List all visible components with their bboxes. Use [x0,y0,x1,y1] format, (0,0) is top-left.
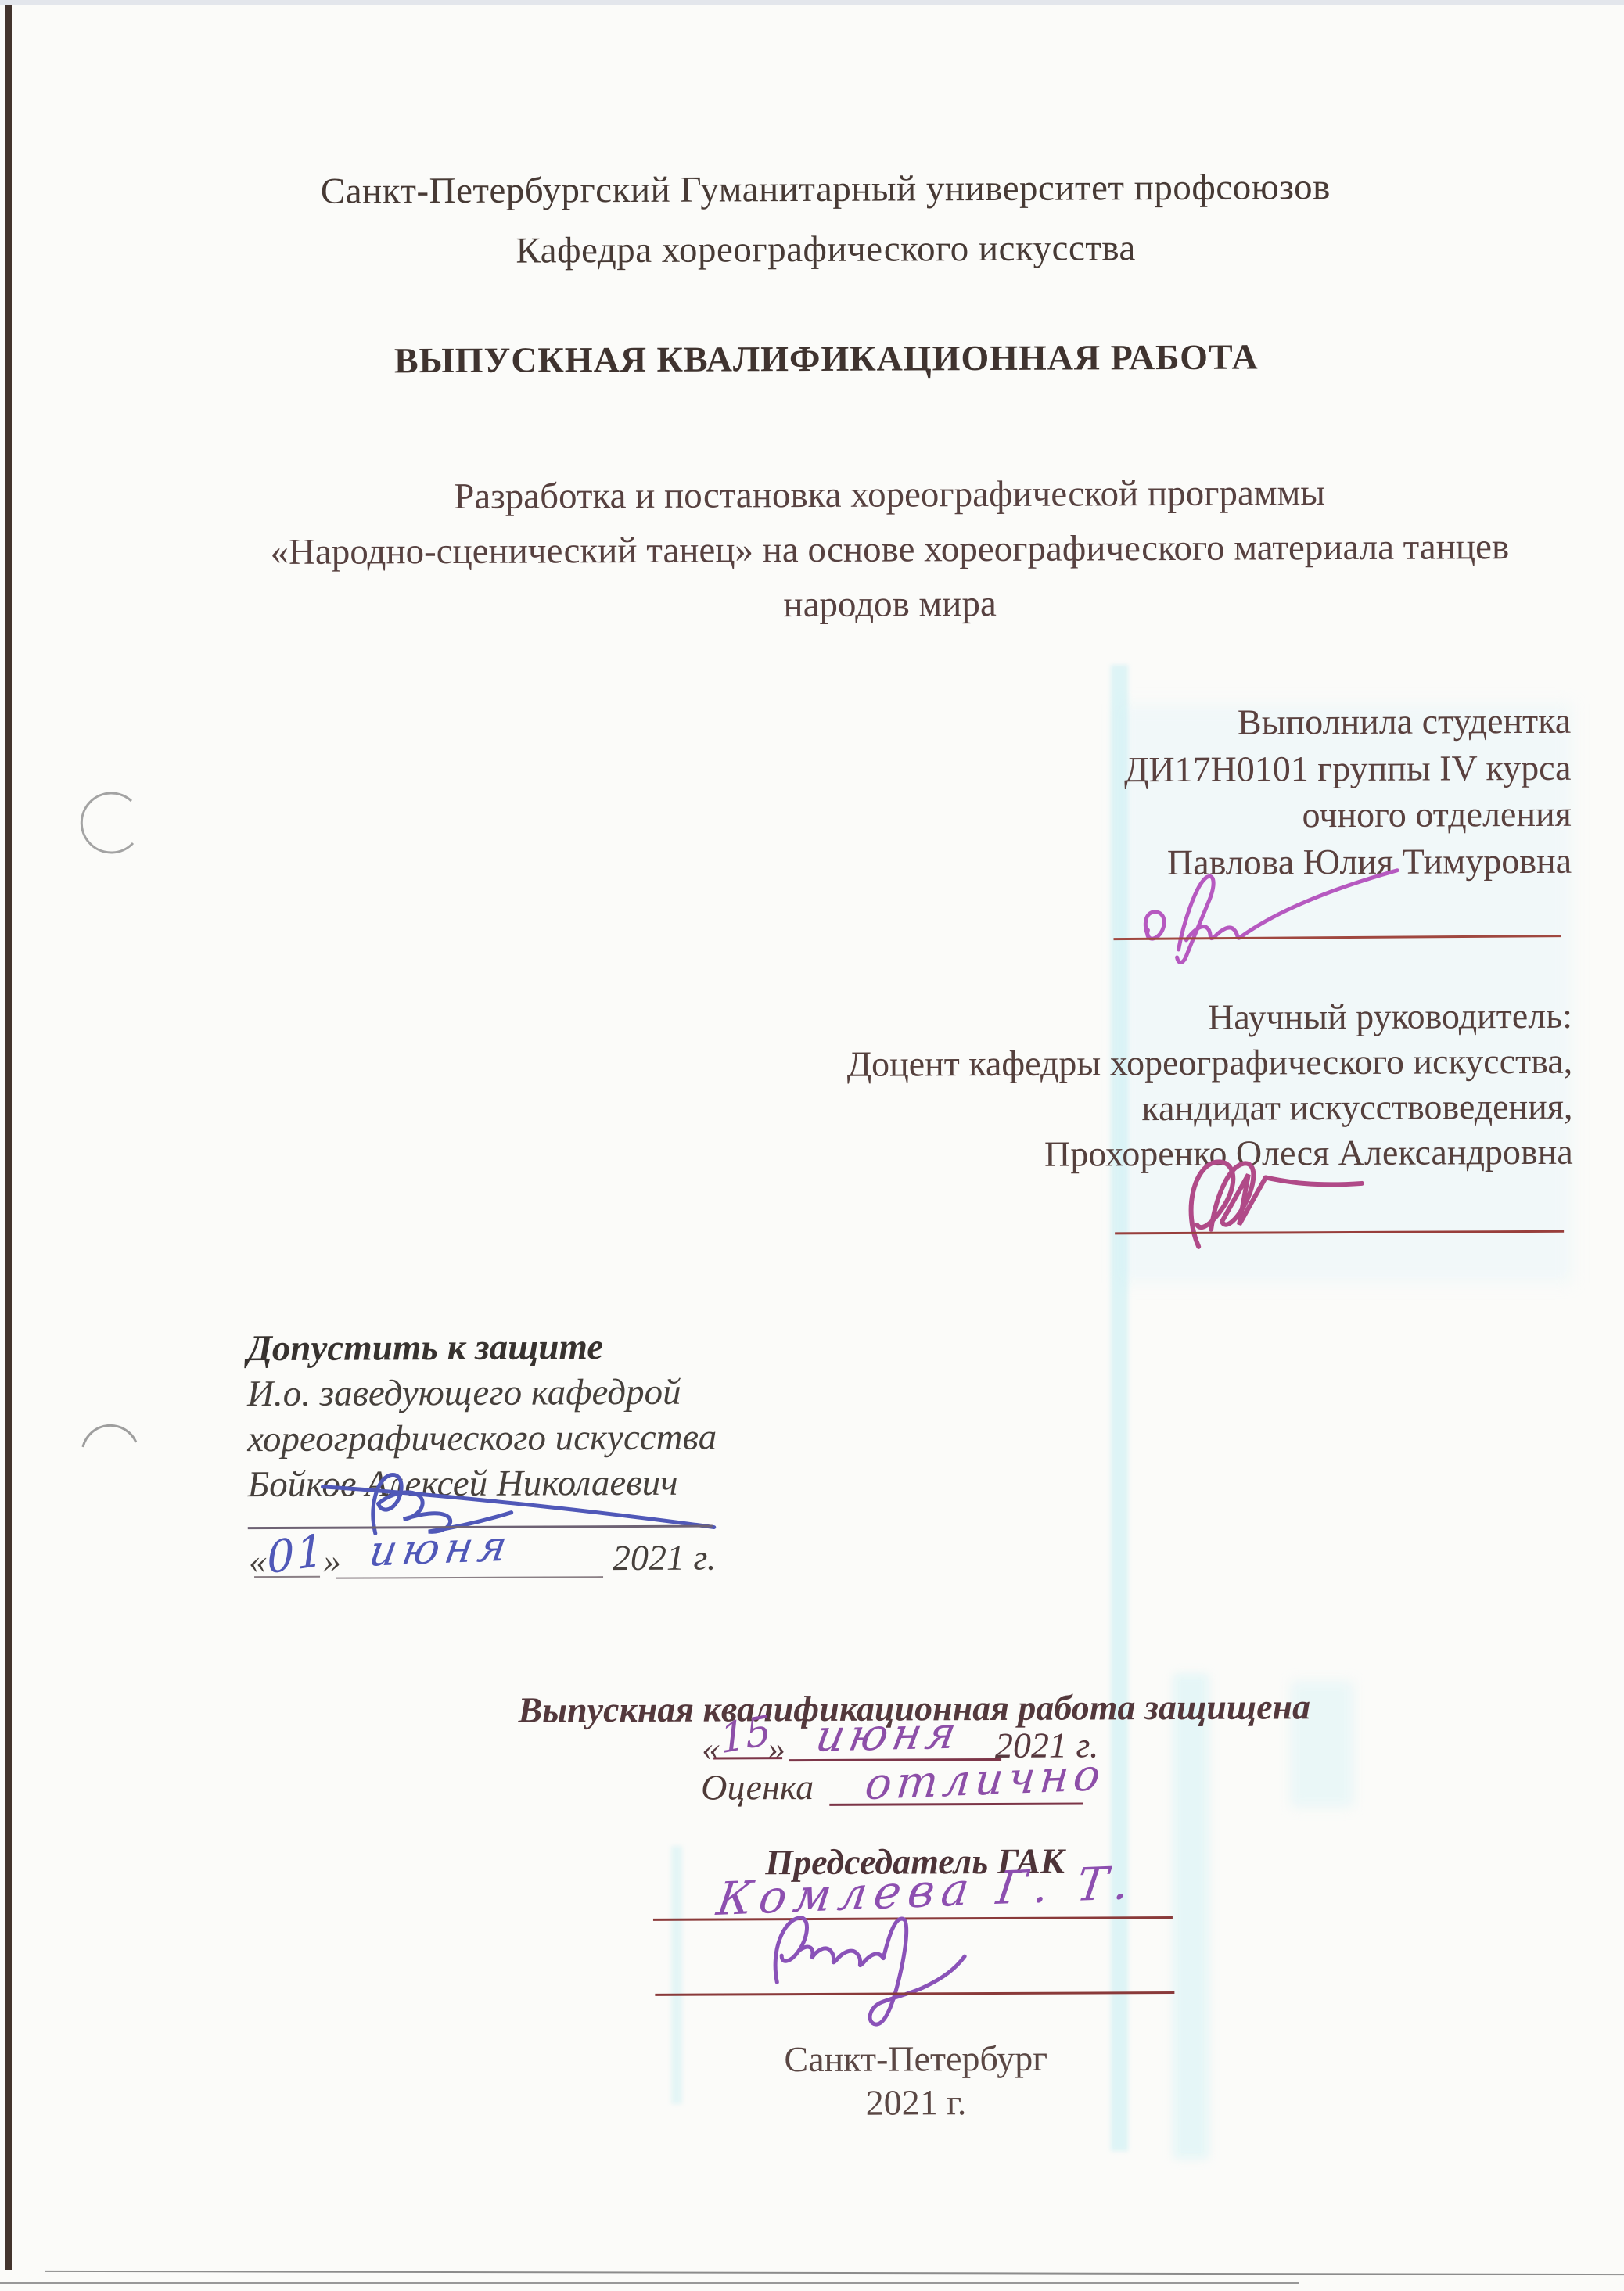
advisor-degree: кандидат искусствоведения, [712,1084,1572,1133]
acting-head-line-1: И.о. заведующего кафедрой [247,1368,951,1417]
footer-year: 2021 г. [318,2079,1514,2126]
defense-date-close-quote: » [767,1727,785,1769]
advisor-heading: Научный руководитель: [712,993,1572,1043]
student-block: Выполнила студентка ДИ17Н0101 группы IV … [710,698,1572,888]
department-name: Кафедра хореографического искусства [13,216,1624,283]
grade-label: Оценка [701,1766,814,1808]
defense-date-day-handwritten: 15 [718,1707,773,1763]
university-name: Санкт-Петербургский Гуманитарный универс… [13,156,1624,223]
admission-date-year: 2021 г. [613,1537,717,1579]
advisor-signature [1170,1154,1398,1252]
admission-heading: Допустить к защите [247,1323,951,1371]
advisor-position: Доцент кафедры хореографического искусст… [712,1039,1572,1088]
thesis-title-block: Разработка и постановка хореографической… [123,464,1624,635]
thesis-title-line-1: Разработка и постановка хореографической… [123,464,1624,526]
student-signature [1137,864,1408,968]
chairman-signature [755,1906,1045,2041]
grade-value-handwritten: отлично [863,1750,1107,1810]
student-group: ДИ17Н0101 группы IV курса [710,744,1571,794]
work-type-heading: ВЫПУСКНАЯ КВАЛИФИКАЦИОННАЯ РАБОТА [14,334,1624,382]
student-study-mode: очного отделения [711,791,1572,841]
admission-date-month-handwritten: июня [365,1521,516,1576]
document-content: Санкт-Петербургский Гуманитарный универс… [0,0,1624,2291]
defense-date-month-handwritten: июня [812,1707,965,1761]
footer-city: Санкт-Петербург [318,2035,1514,2082]
admission-month-underline [336,1576,603,1578]
student-role: Выполнила студентка [710,698,1571,748]
defense-day-underline [713,1757,782,1759]
page: Санкт-Петербургский Гуманитарный универс… [0,0,1624,2291]
advisor-name: Прохоренко Олеся Александровна [713,1129,1573,1179]
scanned-thesis-title-page: { "header": { "university": "Санкт-Петер… [0,0,1624,2291]
thesis-title-line-3: народов мира [123,573,1624,635]
header-block: Санкт-Петербургский Гуманитарный универс… [13,156,1624,283]
defense-date-open-quote: « [702,1728,720,1769]
admission-date-close-quote: » [323,1540,341,1582]
acting-head-line-2: хореографического искусства [247,1413,951,1462]
advisor-block: Научный руководитель: Доцент кафедры хор… [712,993,1573,1179]
thesis-title-line-2: «Народно-сценический танец» на основе хо… [123,519,1624,580]
admission-day-underline [254,1576,320,1578]
